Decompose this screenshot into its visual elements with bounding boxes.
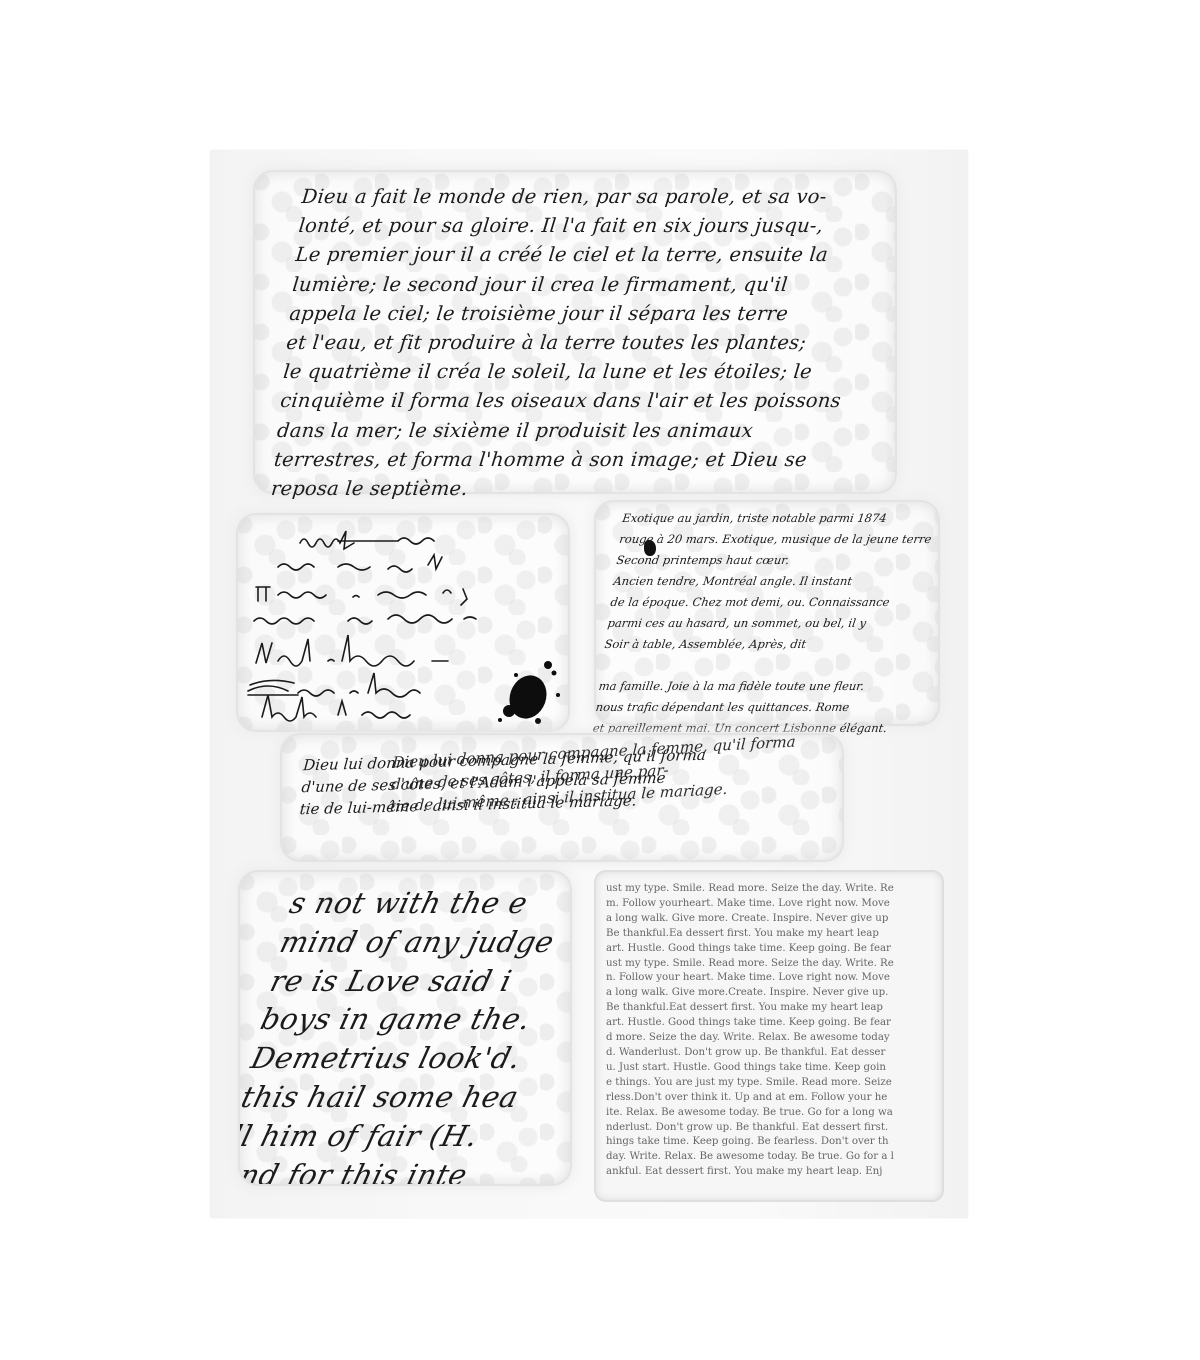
ink-splat-icon: [498, 661, 560, 724]
clear-stamp-sheet: Dieu a fait le monde de rien, par sa par…: [210, 150, 968, 1218]
text-line: boys in game the.: [257, 1000, 570, 1039]
text-line: day. Write. Relax. Be awesome today. Be …: [606, 1150, 942, 1165]
typewriter-lines: ust my type. Smile. Read more. Seize the…: [596, 872, 942, 1180]
text-line: art. Hustle. Good things take time. Keep…: [606, 942, 942, 957]
text-line: Soir à table, Assemblée, Après, dit: [603, 634, 936, 655]
stamp-copperplate-script: s not with the emind of any judgere is L…: [240, 872, 570, 1184]
text-line: lumière; le second jour il crea le firma…: [291, 270, 902, 299]
text-line: a long walk. Give more. Create. Inspire.…: [606, 912, 942, 927]
stamp-creation-text: Dieu a fait le monde de rien, par sa par…: [255, 172, 895, 492]
text-line: u. Just start. Hustle. Good things take …: [606, 1061, 942, 1076]
text-line: mind of any judge: [276, 923, 570, 962]
scribble-drawing: [238, 515, 568, 730]
text-line: appela le ciel; le troisième jour il sép…: [288, 299, 899, 328]
text-line: Exotique au jardin, triste notable parmi…: [621, 508, 954, 529]
text-line: terrestres, et forma l'homme à son image…: [273, 445, 884, 474]
text-line: this hail some hea: [240, 1078, 559, 1117]
text-line: e things. You are just my type. Smile. R…: [606, 1076, 942, 1091]
text-line: cinquième il forma les oiseaux dans l'ai…: [279, 386, 890, 415]
text-line: Demetrius look'd.: [247, 1039, 569, 1078]
text-line: nous trafic dépendant les quittances. Ro…: [594, 697, 927, 718]
text-line: d more. Seize the day. Write. Relax. Be …: [606, 1031, 942, 1046]
text-line: re is Love said i: [266, 962, 570, 1001]
text-line: nderlust. Don't grow up. Be thankful. Ea…: [606, 1121, 942, 1136]
text-line: ankful. Eat dessert first. You make my h…: [606, 1165, 942, 1180]
text-line: le quatrième il créa le soleil, la lune …: [282, 357, 893, 386]
text-line: n. Follow your heart. Make time. Love ri…: [606, 971, 942, 986]
text-line: d. Wanderlust. Don't grow up. Be thankfu…: [606, 1046, 942, 1061]
text-line: hings take time. Keep going. Be fearless…: [606, 1135, 942, 1150]
stamp-typewriter-text: ust my type. Smile. Read more. Seize the…: [596, 872, 942, 1200]
stamp-overlapping-text: Dieu lui donna pour compagne la femme, q…: [282, 735, 842, 860]
text-line: de la époque. Chez mot demi, ou. Connais…: [609, 592, 942, 613]
text-line: Dieu a fait le monde de rien, par sa par…: [300, 182, 911, 211]
text-line: dans la mer; le sixième il produisit les…: [276, 416, 887, 445]
overlay-layer-b: Dieu lui donna pour compagne la femme, q…: [389, 731, 796, 818]
stamp-notes-text: Exotique au jardin, triste notable parmi…: [596, 502, 938, 724]
text-line: Be thankful.Ea dessert first. You make m…: [606, 927, 942, 942]
creation-lines: Dieu a fait le monde de rien, par sa par…: [238, 172, 913, 503]
text-line: Le premier jour il a créé le ciel et la …: [294, 240, 905, 269]
text-line: s not with the e: [286, 884, 570, 923]
text-line: m. Follow yourheart. Make time. Love rig…: [606, 897, 942, 912]
text-line: parmi ces au hasard, un sommet, ou bel, …: [606, 613, 939, 634]
text-line: and for this inte: [240, 1156, 539, 1184]
text-line: ust my type. Smile. Read more. Seize the…: [606, 882, 942, 897]
text-line: ll him of fair (H.: [240, 1117, 549, 1156]
text-line: reposa le septième.: [270, 474, 881, 503]
text-line: art. Hustle. Good things take time. Keep…: [606, 1016, 942, 1031]
text-line: lonté, et pour sa gloire. Il l'a fait en…: [297, 211, 908, 240]
text-line: Ancien tendre, Montréal angle. Il instan…: [612, 571, 945, 592]
text-line: rouge à 20 mars. Exotique, musique de la…: [618, 529, 951, 550]
script-lines: s not with the emind of any judgere is L…: [240, 872, 570, 1184]
text-line: Second printemps haut cœur.: [615, 550, 948, 571]
notes-lines: Exotique au jardin, triste notable parmi…: [579, 502, 954, 739]
text-line: rless.Don't over think it. Up and at em.…: [606, 1091, 942, 1106]
text-line: ma famille. Joie à la ma fidèle toute un…: [597, 676, 930, 697]
text-line: et l'eau, et fit produire à la terre tou…: [285, 328, 896, 357]
stamp-scribble: [238, 515, 568, 730]
text-line: ust my type. Smile. Read more. Seize the…: [606, 957, 942, 972]
text-line: ite. Relax. Be awesome today. Be true. G…: [606, 1106, 942, 1121]
text-line: a long walk. Give more.Create. Inspire. …: [606, 986, 942, 1001]
text-line: Be thankful.Eat dessert first. You make …: [606, 1001, 942, 1016]
text-line: [600, 655, 933, 676]
